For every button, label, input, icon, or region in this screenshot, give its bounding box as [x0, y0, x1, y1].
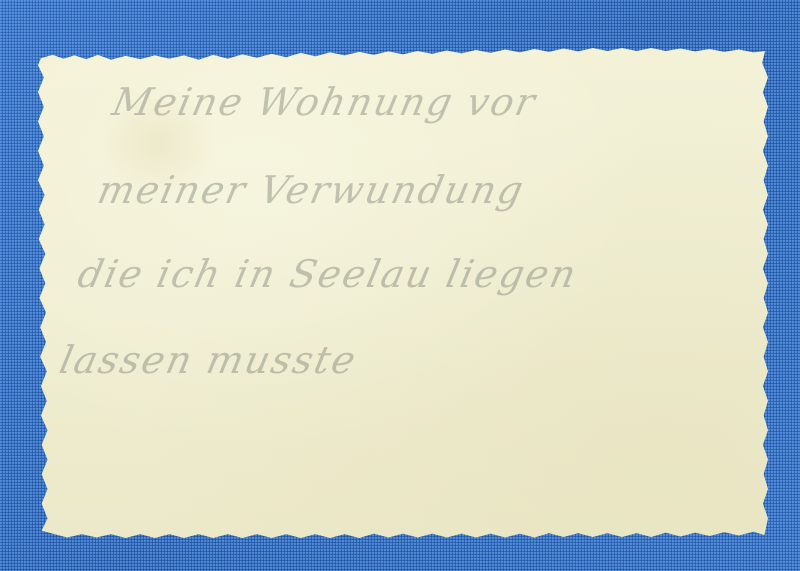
inscription-line-2: meiner Verwundung [94, 168, 529, 212]
inscription-line-4: lassen musste [56, 338, 361, 382]
photo-card-back: Meine Wohnung vor meiner Verwundung die … [38, 48, 768, 538]
inscription-line-3: die ich in Seelau liegen [74, 252, 582, 296]
inscription-line-1: Meine Wohnung vor [109, 80, 541, 124]
